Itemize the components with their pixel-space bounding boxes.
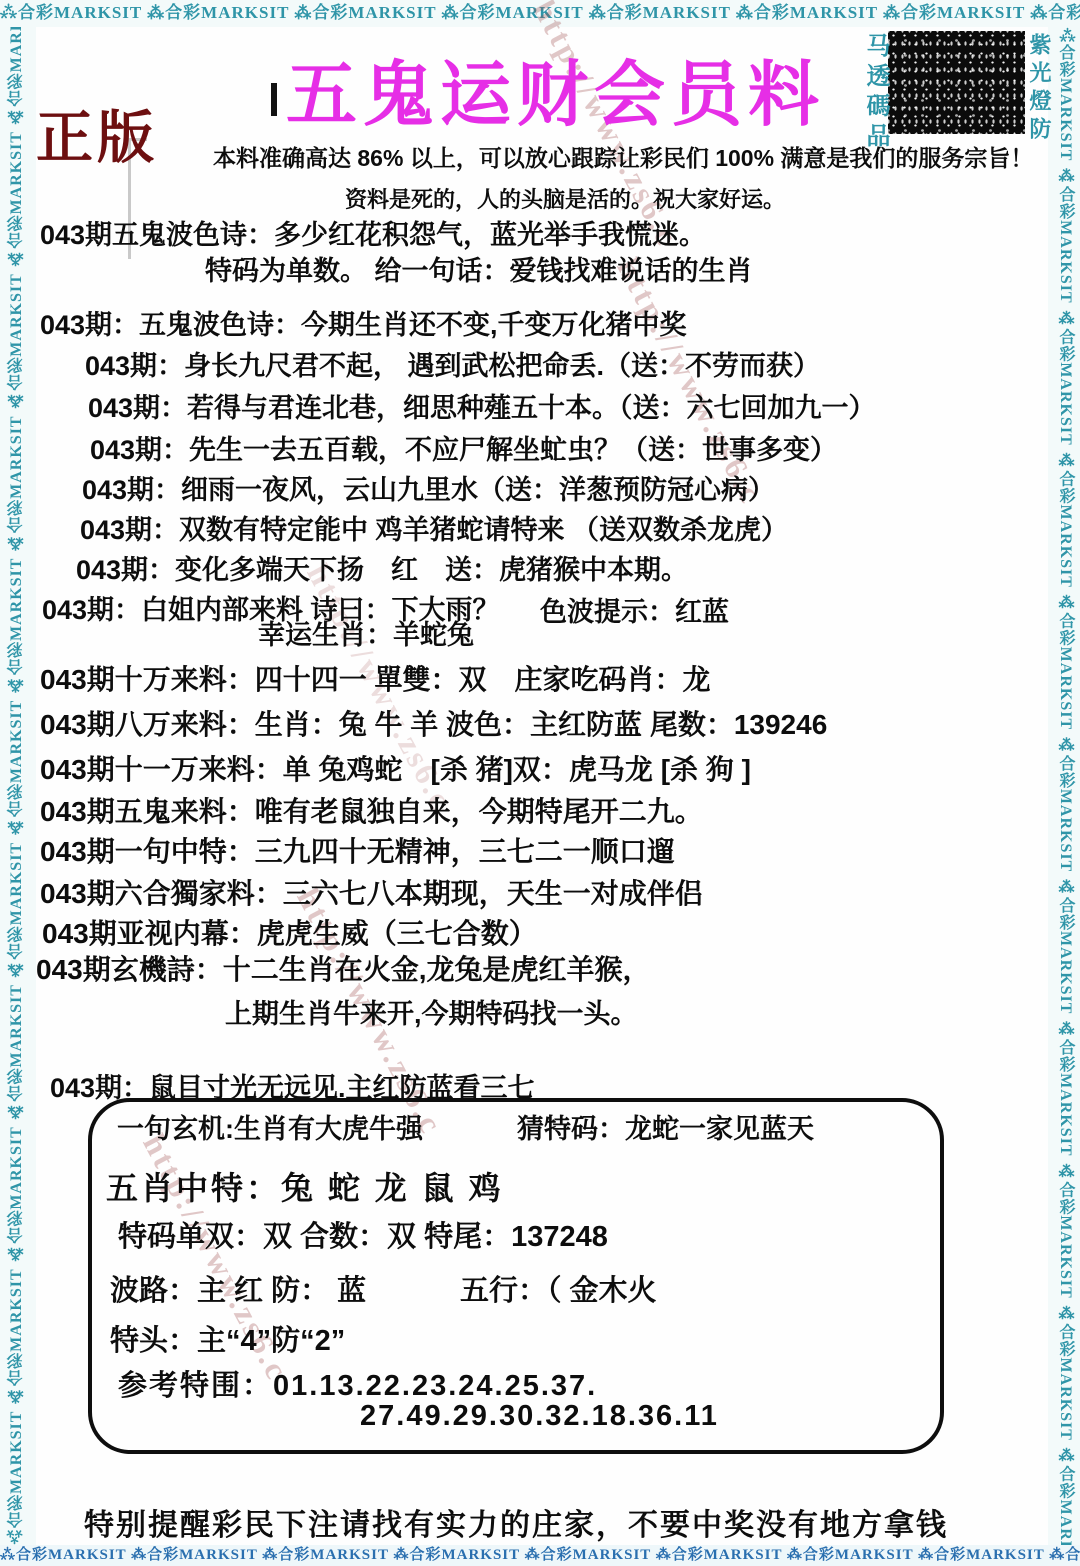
title-tick-mark <box>271 83 277 116</box>
tip-line: 043期亚视内幕：虎虎生威（三七合数） <box>42 912 537 952</box>
tip-line: 上期生肖牛来开,今期特码找一头。 <box>225 992 638 1031</box>
box-wave-road: 波路：主 红 防： 蓝 <box>110 1268 366 1309</box>
genuine-label: 正版 <box>36 92 158 174</box>
box-ref-numbers-2: 27.49.29.30.32.18.36.11 <box>360 1400 719 1433</box>
box-odd-even: 特码单双：双 合数：双 特尾：137248 <box>118 1214 608 1255</box>
footer-warning: 特别提醒彩民下注请找有实力的庄家，不要中奖没有地方拿钱 <box>84 1500 948 1544</box>
tip-line: 043期：双数有特定能中 鸡羊猪蛇请特来 （送双数杀龙虎） <box>80 508 788 547</box>
tip-line: 043期：细雨一夜风，云山九里水（送：洋葱预防冠心病） <box>82 468 775 507</box>
tip-line: 幸运生肖：羊蛇兔 <box>258 613 474 652</box>
tip-line: 043期八万来料：生肖：兔 牛 羊 波色：主红防蓝 尾数：139246 <box>40 703 827 743</box>
tip-line: 043期：五鬼波色诗：今期生肖还不变,千变万化猪中奖 <box>40 303 687 342</box>
tip-line: 043期十一万来料：单 兔鸡蛇 [杀 猪]双：虎马龙 [杀 狗 ] <box>40 748 751 788</box>
border-pattern-left: ⁂合彩MARKSIT ⁂合彩MARKSIT ⁂合彩MARKSIT ⁂合彩MARK… <box>0 27 36 1545</box>
tip-line: 043期十万来料：四十四一 單雙：双 庄家吃码肖：龙 <box>40 658 711 698</box>
border-pattern-right: ⁂合彩MARKSIT ⁂合彩MARKSIT ⁂合彩MARKSIT ⁂合彩MARK… <box>1048 27 1080 1545</box>
tip-line: 043期五鬼波色诗：多少红花积怨气，蓝光举手我慌迷。 <box>40 213 706 252</box>
box-guess-special: 猜特码：龙蛇一家见蓝天 <box>517 1107 814 1146</box>
box-five-zodiac: 五肖中特：兔 蛇 龙 鼠 鸡 <box>106 1163 504 1209</box>
tip-line: 043期五鬼来料：唯有老鼠独自来，今期特尾开二九。 <box>40 790 703 830</box>
tip-line: 043期玄機詩：十二生肖在火金,龙兔是虎红羊猴， <box>36 948 651 988</box>
tip-line: 色波提示：红蓝 <box>540 590 729 629</box>
stamp-right-vertical-text: 紫光燈防 <box>1024 33 1055 145</box>
tip-line: 043期六合獨家料：三六七八本期现，天生一对成伴侣 <box>40 872 703 912</box>
motto-line: 资料是死的，人的头脑是活的。祝大家好运。 <box>345 183 785 214</box>
page-title: 五鬼运财会员料 <box>286 38 825 140</box>
tip-line: 特码为单数。 给一句话：爱钱找难说话的生肖 <box>205 249 753 288</box>
box-special-head: 特头：主“4”防“2” <box>110 1318 345 1359</box>
box-ref-numbers-1: 参考特围：01.13.22.23.24.25.37. <box>118 1363 597 1404</box>
box-mystery-line: 一句玄机:生肖有大虎牛强 <box>117 1107 423 1146</box>
tip-line: 043期：先生一去五百载，不应尸解坐虻虫？（送：世事多变） <box>90 428 837 467</box>
tip-line: 043期：若得与君连北巷，细思种薤五十本。（送：六七回加九一） <box>88 386 876 425</box>
lottery-tip-sheet: ⁂合彩MARKSIT ⁂合彩MARKSIT ⁂合彩MARKSIT ⁂合彩MARK… <box>0 0 1080 1566</box>
box-five-elements: 五行：（ 金木火 <box>460 1268 657 1309</box>
tip-line: 043期：变化多端天下扬 红 送：虎猪猴中本期。 <box>76 548 688 587</box>
accuracy-slogan: 本料准确高达 86% 以上，可以放心跟踪让彩民们 100% 满意是我们的服务宗旨… <box>213 140 1033 173</box>
stamp-left-vertical-text: 马透碼品 <box>858 33 893 153</box>
border-pattern-bottom: ⁂合彩MARKSIT ⁂合彩MARKSIT ⁂合彩MARKSIT ⁂合彩MARK… <box>0 1545 1080 1566</box>
tip-line: 043期：身长九尺君不起， 遇到武松把命丢.（送：不劳而获） <box>85 344 820 383</box>
tip-line: 043期一句中特：三九四十无精神，三七二一顺口遛 <box>40 830 675 870</box>
anti-counterfeit-noise-block <box>888 31 1025 134</box>
